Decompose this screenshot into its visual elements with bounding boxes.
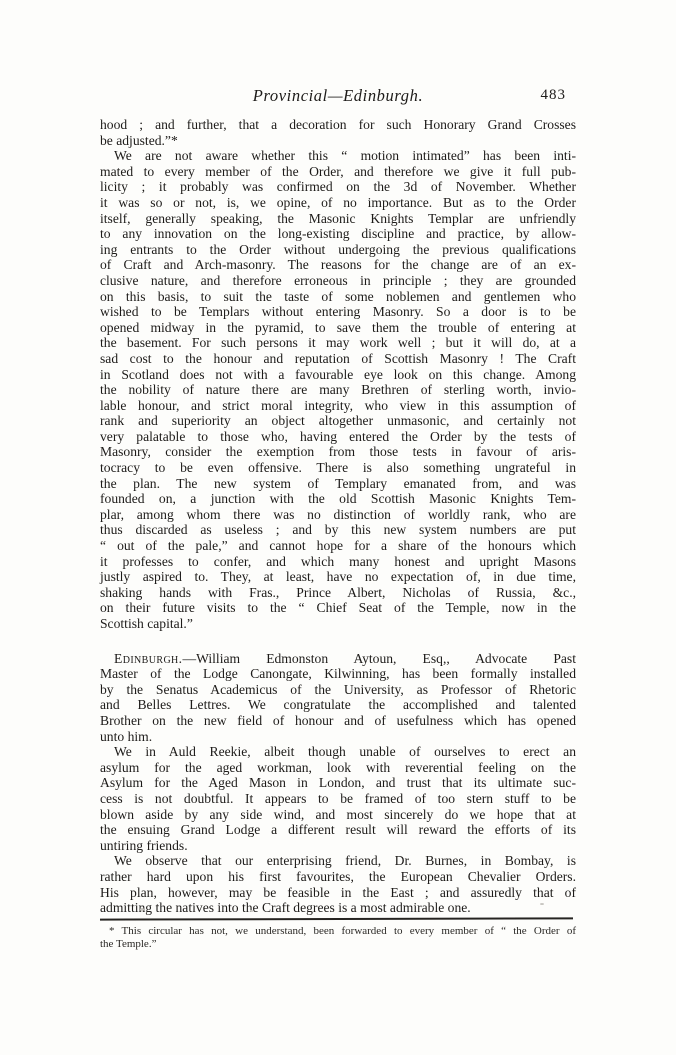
text-line: the basement. For such persons it may wo… [100,335,576,351]
text-line: We are not aware whether this “ motion i… [100,148,576,164]
text-line: Masonry, consider the exemption from tho… [100,444,576,460]
footnote: * This circular has not, we understand, … [100,925,576,950]
text-line: clusive nature, and therefore erroneous … [100,273,576,289]
text-line: the ensuing Grand Lodge a different resu… [100,822,576,838]
text-line: lable honour, and strict moral integrity… [100,398,576,414]
text-line: tocracy to be even offensive. There is a… [100,460,576,476]
text-line: of Craft and Arch-masonry. The reasons f… [100,257,576,273]
footnote-rule [100,917,573,920]
paragraph: We observe that our enterprising friend,… [100,853,576,915]
text-line: on their future visits to the “ Chief Se… [100,600,576,616]
text-line: it was so or not, is, we opine, of no im… [100,195,576,211]
text-line: the plan. The new system of Templary ema… [100,476,576,492]
text-line: We in Auld Reekie, albeit though unable … [100,744,576,760]
text-line: sad cost to the honour and reputation of… [100,351,576,367]
text-line: mated to every member of the Order, and … [100,164,576,180]
page-header: Provincial—Edinburgh. 483 [100,86,576,108]
text-line: the Temple.” [100,938,576,951]
scan-speck [540,903,544,905]
text-line: His plan, however, may be feasible in th… [100,885,576,901]
text-line: Brother on the new field of honour and o… [100,713,576,729]
text-line: founded on, a junction with the old Scot… [100,491,576,507]
body-text: hood ; and further, that a decoration fo… [100,117,576,916]
text-line: blown aside by any side wind, and most s… [100,807,576,823]
scan-speck [250,910,253,912]
text-line: by the Senatus Academicus of the Univers… [100,682,576,698]
text-line: thus discarded as useless ; and by this … [100,522,576,538]
paragraph: We in Auld Reekie, albeit though unable … [100,744,576,853]
text-line-rest: —William Edmonston Aytoun, Esq,, Advocat… [182,651,576,666]
text-line: Master of the Lodge Canongate, Kilwinnin… [100,666,576,682]
text-line: plar, among whom there was no distinctio… [100,507,576,523]
text-line: the nobility of nature there are many Br… [100,382,576,398]
text-line: justly aspired to. They, at least, have … [100,569,576,585]
text-line: wished to be Templars without entering M… [100,304,576,320]
text-line: very palatable to those who, having ente… [100,429,576,445]
text-line: to any innovation on the long-existing d… [100,226,576,242]
text-line: itself, generally speaking, the Masonic … [100,211,576,227]
paragraph: hood ; and further, that a decoration fo… [100,117,576,148]
text-line: cess is not doubtful. It appears to be f… [100,791,576,807]
text-line: “ out of the pale,” and cannot hope for … [100,538,576,554]
text-line: Asylum for the Aged Mason in London, and… [100,775,576,791]
text-line: in Scotland does not with a favourable e… [100,367,576,383]
text-line: be adjusted.”* [100,133,576,149]
text-line: We observe that our enterprising friend,… [100,853,576,869]
text-line: opened midway in the pyramid, to save th… [100,320,576,336]
text-line: unto him. [100,729,576,745]
text-line: untiring friends. [100,838,576,854]
text-line: it professes to confer, and which many h… [100,554,576,570]
page-title: Provincial—Edinburgh. [100,86,576,106]
text-line: licity ; it probably was confirmed on th… [100,179,576,195]
text-line: shaking hands with Fras., Prince Albert,… [100,585,576,601]
text-line: Edinburgh.—William Edmonston Aytoun, Esq… [100,651,576,667]
text-line: Scottish capital.” [100,616,576,632]
text-line: * This circular has not, we understand, … [100,925,576,938]
page-number: 483 [541,87,567,104]
paragraph-lead: Edinburgh. [114,651,182,666]
text-line: rather hard upon his first favourites, t… [100,869,576,885]
text-line: rank and superiority an object altogethe… [100,413,576,429]
text-line: asylum for the aged workman, look with r… [100,760,576,776]
text-line: admitting the natives into the Craft deg… [100,900,576,916]
text-line: and Belles Lettres. We congratulate the … [100,697,576,713]
text-line: ing entrants to the Order without underg… [100,242,576,258]
paragraph: Edinburgh.—William Edmonston Aytoun, Esq… [100,651,576,745]
scan-speck [140,908,144,911]
text-line: on this basis, to suit the taste of some… [100,289,576,305]
paragraph: We are not aware whether this “ motion i… [100,148,576,631]
scanned-page: Provincial—Edinburgh. 483 hood ; and fur… [0,0,676,1055]
text-line: hood ; and further, that a decoration fo… [100,117,576,133]
